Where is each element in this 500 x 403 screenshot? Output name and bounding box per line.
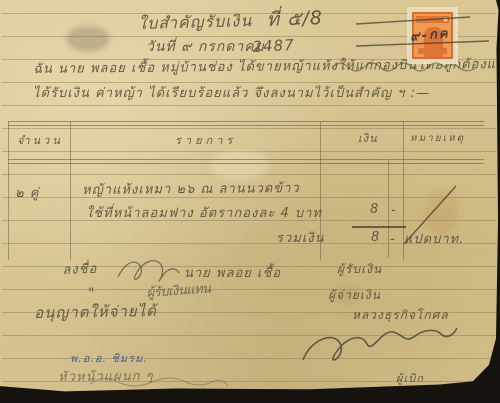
total-satang: -	[390, 232, 396, 247]
approval-line: อนุญาตให้จ่ายได้	[34, 299, 157, 325]
total-baht: 8	[371, 230, 380, 245]
paper-stain	[210, 150, 270, 180]
sum-line	[352, 226, 406, 228]
col-header-quantity: จำนวน	[17, 131, 63, 149]
year-value: 2487	[252, 36, 295, 56]
date-line: วันที่ ๙ กรกดาคม	[146, 36, 265, 58]
approver-rank-name: พ.อ.อ. ชิมรม.	[70, 349, 148, 367]
approver-caption: หัวหน้าแผนก ๆ	[58, 365, 154, 387]
row-quantity: ๒ คู่	[15, 182, 39, 203]
doc-number: ที่ ๕/8	[266, 3, 323, 35]
col-header-remarks: หมายเหตุ	[410, 131, 465, 146]
col-divider-satang	[388, 160, 389, 258]
table-top-line	[8, 121, 484, 122]
header-bottom-line	[8, 159, 484, 160]
col-divider-qty	[70, 121, 71, 260]
total-label: รวมเงิน	[276, 227, 325, 248]
col-header-money: เงิน	[358, 129, 378, 147]
total-in-words: แปดบาท.	[404, 228, 464, 249]
payer-caption: ผู้จ่ายเงิน	[328, 286, 381, 305]
edge-mark	[236, 391, 262, 396]
body-line2: ได้รับเงิน ค่าหญ้า ได้เรียบร้อยแล้ว จึงล…	[33, 82, 430, 103]
header-bottom-line2	[8, 163, 484, 164]
stamp-bottom-band	[418, 48, 447, 54]
payee-caption: ผู้รับเงิน	[337, 260, 382, 279]
sign-label: ลงชื่อ	[62, 258, 98, 280]
row-amount-satang: -	[391, 203, 397, 218]
doc-title: ใบสำคัญรับเงิน	[138, 9, 253, 37]
stamp-cancel-handwriting: ๙-กค	[409, 22, 450, 46]
smudge-stain	[66, 26, 110, 52]
row-amount-baht: 8	[370, 202, 379, 217]
row-desc-line2: ใช้ที่หน้าลอมฟาง อัตรากองละ 4 บาท	[86, 202, 322, 223]
table-left-border	[8, 121, 9, 260]
receipt-paper: ใบสำคัญรับเงิน ที่ ๕/8 วันที่ ๙ กรกดาคม …	[0, 0, 500, 403]
requester-caption: ผู้เบิก	[396, 369, 424, 387]
col-header-items: รายการ	[175, 131, 236, 149]
table-top-line2	[8, 125, 484, 126]
row-desc-line1: หญ้าแห้งเหมา ๒๖ ณ ลานนวดข้าว	[82, 177, 300, 200]
payer-name: หลวงธุรกิจโกศล	[352, 306, 449, 325]
